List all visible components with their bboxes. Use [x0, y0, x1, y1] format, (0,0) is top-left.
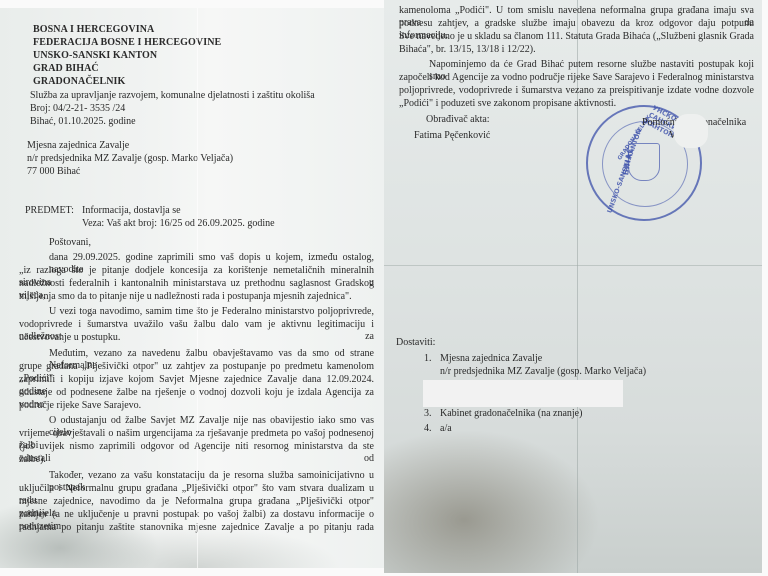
distribution-label: Dostaviti:	[396, 337, 435, 349]
body-line: žalbe).	[19, 454, 374, 466]
letter-page-1: BOSNA I HERCEGOVINAFEDERACIJA BOSNE I HE…	[0, 8, 384, 568]
distribution-item: Mjesna zajednica Zavalje	[440, 353, 542, 365]
letterhead-line: BOSNA I HERCEGOVINA	[33, 24, 154, 36]
letterhead-line: GRADONAČELNIK	[33, 76, 125, 88]
body-line: U vezi toga navodimo, samim time što je …	[49, 306, 374, 318]
distribution-number: 4.	[424, 423, 432, 435]
body-line: Sve navedeno je u skladu sa članom 111. …	[399, 31, 754, 43]
body-line: poljoprivrede, vodoprivrede i šumarstva …	[399, 85, 754, 97]
greeting: Poštovani,	[49, 237, 91, 249]
distribution-number: 3.	[424, 408, 432, 420]
distribution-number: 1.	[424, 353, 432, 365]
letterhead-line: FEDERACIJA BOSNE I HERCEGOVINE	[33, 37, 221, 49]
body-line: mišljenja smo da to pitanje nije u nadle…	[19, 291, 374, 303]
signature-redaction	[674, 114, 708, 148]
letter-page-2: kamenoloma „Podići". U tom smislu navede…	[384, 0, 762, 573]
subject-label: PREDMET:	[25, 205, 74, 217]
recipient-line: 77 000 Bihać	[27, 166, 80, 178]
body-line: započeli kod Agencije za vodno područje …	[399, 72, 754, 84]
distribution-item: a/a	[440, 423, 452, 435]
subject-line-2: Veza: Vaš akt broj: 16/25 od 26.09.2025.…	[82, 218, 275, 230]
body-line: područje rijeke Save Sarajevo.	[19, 400, 374, 412]
distribution-item: n/r predsjednika MZ Zavalje (gosp. Marko…	[440, 366, 646, 378]
body-line: „Podići" i poduzeti sve zakonom propisan…	[399, 98, 754, 110]
service-name: Služba za upravljanje razvojem, komunaln…	[30, 90, 315, 102]
place-date: Bihać, 01.10.2025. godine	[30, 116, 136, 128]
prepared-by-name: Fatima Pęčenković	[414, 130, 490, 142]
body-line: učestvovanje u postupku.	[19, 332, 374, 344]
distribution-item: Kabinet gradonačelnika (na znanje)	[440, 408, 582, 420]
subject-line-1: Informacija, dostavlja se	[82, 205, 181, 217]
letterhead-line: UNSKO-SANSKI KANTON	[33, 50, 157, 62]
letterhead-line: GRAD BIHAĆ	[33, 63, 99, 75]
recipient-line: n/r predsjednika MZ Zavalje (gosp. Marko…	[27, 153, 233, 165]
recipient-line: Mjesna zajednica Zavalje	[27, 140, 129, 152]
body-line: radnjama po pitanju zaštite stanovnika m…	[19, 522, 374, 534]
prepared-by-label: Obrađivač akta:	[426, 114, 490, 126]
body-line: Bihaća", br. 13/15, 13/18 i 12/22).	[399, 44, 754, 56]
redacted-distribution-item	[423, 380, 623, 407]
document-number: Broj: 04/2-21- 3535 /24	[30, 103, 125, 115]
